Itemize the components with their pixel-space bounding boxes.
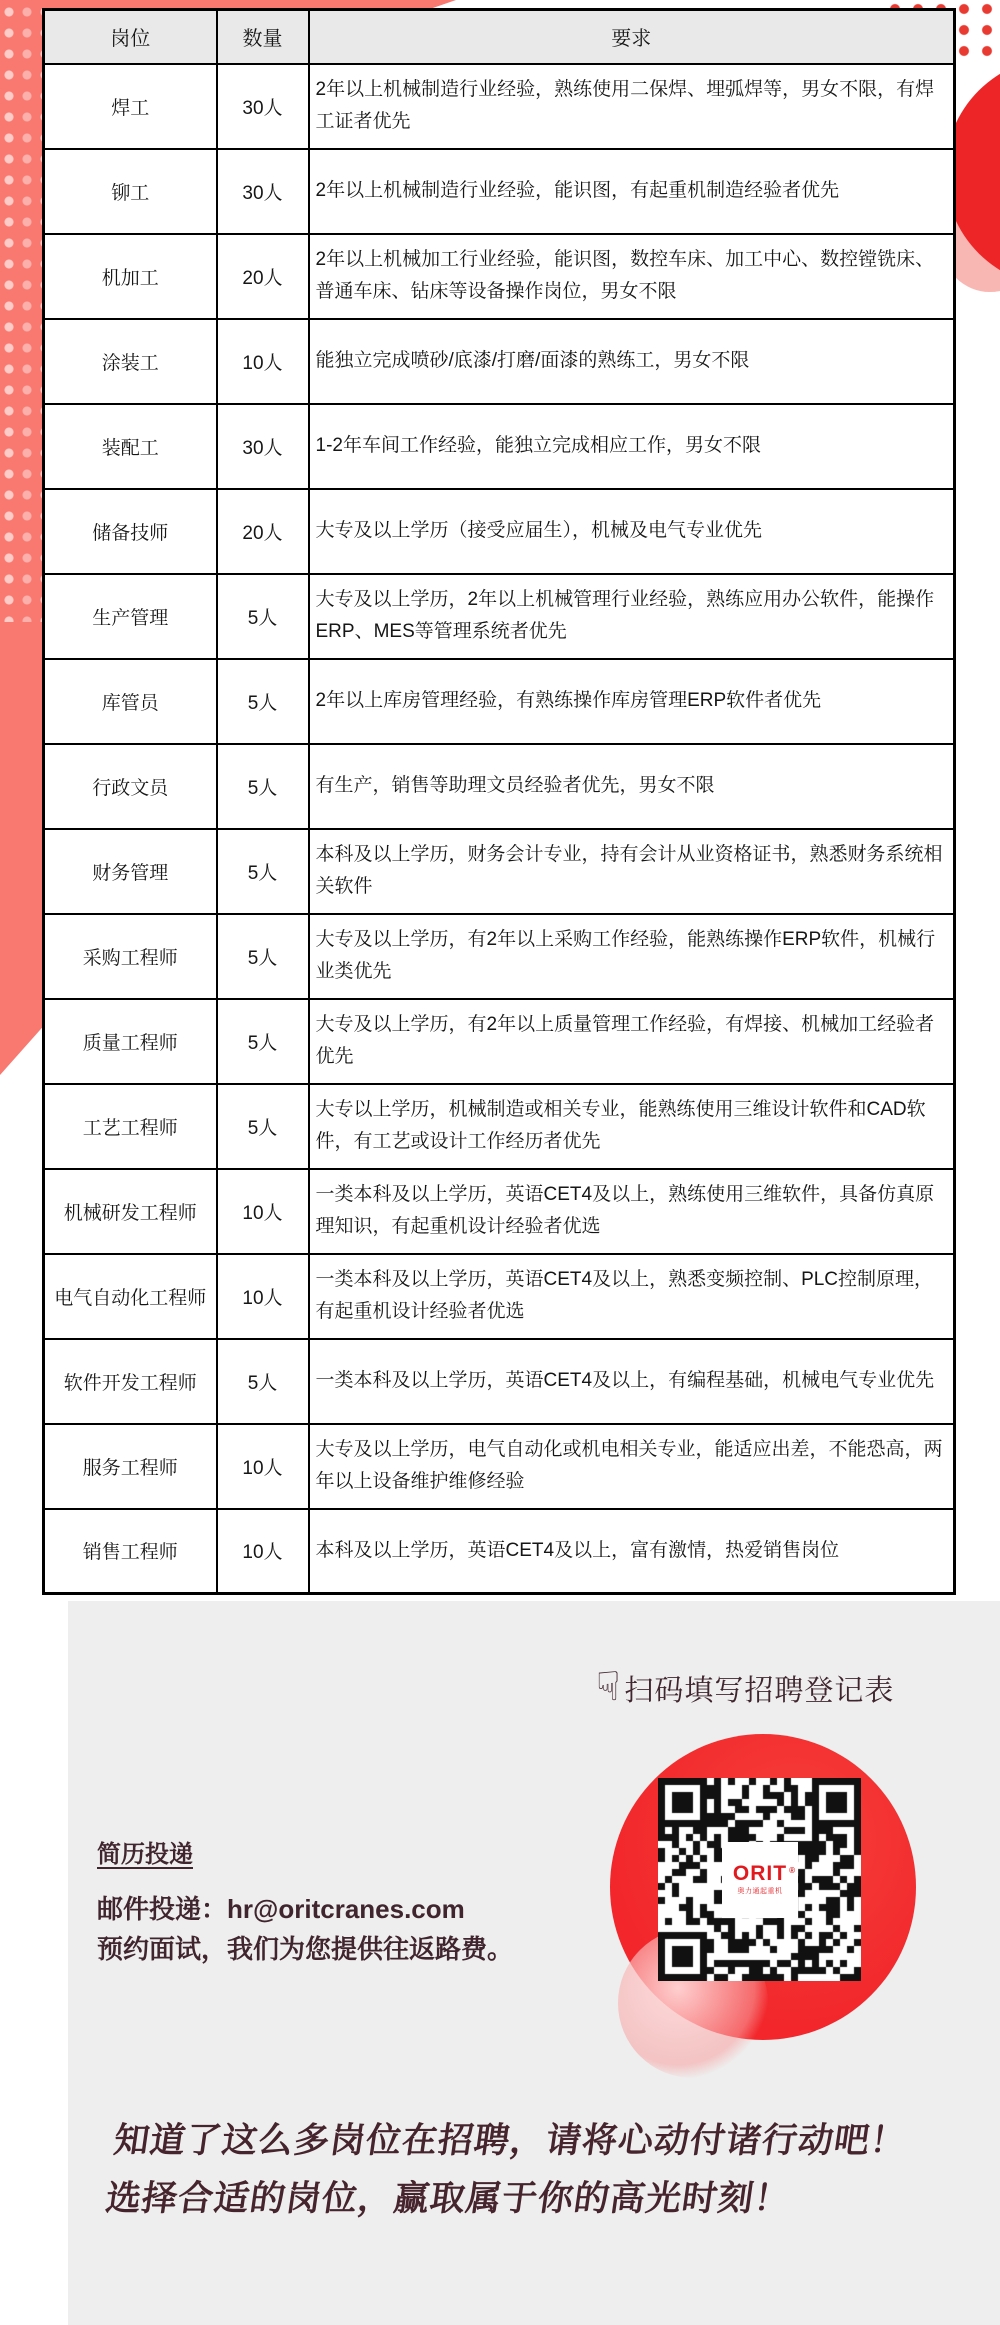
scan-prompt: ☟ 扫码填写招聘登记表 [596, 1668, 894, 1709]
job-requirement: 本科及以上学历，英语CET4及以上，富有激情，热爱销售岗位 [309, 1509, 955, 1594]
job-position: 工艺工程师 [44, 1084, 217, 1169]
job-count: 20人 [217, 489, 309, 574]
job-requirement: 2年以上机械制造行业经验，熟练使用二保焊、埋弧焊等，男女不限，有焊工证者优先 [309, 64, 955, 149]
pointing-hand-icon: ☟ [596, 1667, 620, 1707]
table-row: 铆工30人2年以上机械制造行业经验，能识图，有起重机制造经验者优先 [44, 149, 955, 234]
job-count: 10人 [217, 1509, 309, 1594]
recruitment-poster: 岗位 数量 要求 焊工30人2年以上机械制造行业经验，熟练使用二保焊、埋弧焊等，… [0, 0, 1000, 2325]
job-count: 5人 [217, 1084, 309, 1169]
job-position: 涂装工 [44, 319, 217, 404]
jobs-table: 岗位 数量 要求 焊工30人2年以上机械制造行业经验，熟练使用二保焊、埋弧焊等，… [42, 8, 956, 1595]
job-position: 装配工 [44, 404, 217, 489]
job-position: 软件开发工程师 [44, 1339, 217, 1424]
job-count: 5人 [217, 659, 309, 744]
table-row: 焊工30人2年以上机械制造行业经验，熟练使用二保焊、埋弧焊等，男女不限，有焊工证… [44, 64, 955, 149]
job-position: 生产管理 [44, 574, 217, 659]
job-count: 30人 [217, 64, 309, 149]
job-count: 5人 [217, 574, 309, 659]
job-position: 储备技师 [44, 489, 217, 574]
orit-logo-subtext: 奥力通起重机 [738, 1886, 783, 1896]
job-position: 行政文员 [44, 744, 217, 829]
job-requirement: 2年以上库房管理经验，有熟练操作库房管理ERP软件者优先 [309, 659, 955, 744]
job-requirement: 一类本科及以上学历，英语CET4及以上，有编程基础，机械电气专业优先 [309, 1339, 955, 1424]
job-position: 机械研发工程师 [44, 1169, 217, 1254]
job-requirement: 2年以上机械加工行业经验，能识图，数控车床、加工中心、数控镗铣床、普通车床、钻床… [309, 234, 955, 319]
table-row: 涂装工10人能独立完成喷砂/底漆/打磨/面漆的熟练工，男女不限 [44, 319, 955, 404]
table-row: 装配工30人1-2年车间工作经验，能独立完成相应工作，男女不限 [44, 404, 955, 489]
job-position: 铆工 [44, 149, 217, 234]
table-row: 行政文员5人有生产，销售等助理文员经验者优先，男女不限 [44, 744, 955, 829]
job-requirement: 有生产，销售等助理文员经验者优先，男女不限 [309, 744, 955, 829]
table-row: 采购工程师5人大专及以上学历，有2年以上采购工作经验，能熟练操作ERP软件，机械… [44, 914, 955, 999]
table-row: 生产管理5人大专及以上学历，2年以上机械管理行业经验，熟练应用办公软件，能操作E… [44, 574, 955, 659]
job-requirement: 能独立完成喷砂/底漆/打磨/面漆的熟练工，男女不限 [309, 319, 955, 404]
table-row: 软件开发工程师5人一类本科及以上学历，英语CET4及以上，有编程基础，机械电气专… [44, 1339, 955, 1424]
job-position: 焊工 [44, 64, 217, 149]
footer-slogan: 知道了这么多岗位在招聘，请将心动付诸行动吧！ 选择合适的岗位，赢取属于你的高光时… [102, 2112, 910, 2228]
table-row: 销售工程师10人本科及以上学历，英语CET4及以上，富有激情，热爱销售岗位 [44, 1509, 955, 1594]
job-requirement: 一类本科及以上学历，英语CET4及以上，熟悉变频控制、PLC控制原理，有起重机设… [309, 1254, 955, 1339]
orit-logo-text: ORIT® [733, 1864, 787, 1884]
table-row: 电气自动化工程师10人一类本科及以上学历，英语CET4及以上，熟悉变频控制、PL… [44, 1254, 955, 1339]
table-row: 财务管理5人本科及以上学历，财务会计专业，持有会计从业资格证书，熟悉财务系统相关… [44, 829, 955, 914]
job-requirement: 大专及以上学历（接受应届生），机械及电气专业优先 [309, 489, 955, 574]
email-line[interactable]: 邮件投递：hr@oritcranes.com [97, 1889, 513, 1929]
job-position: 采购工程师 [44, 914, 217, 999]
table-row: 服务工程师10人大专及以上学历，电气自动化或机电相关专业，能适应出差，不能恐高，… [44, 1424, 955, 1509]
job-requirement: 一类本科及以上学历，英语CET4及以上，熟练使用三维软件，具备仿真原理知识，有起… [309, 1169, 955, 1254]
resume-delivery-title: 简历投递 [97, 1834, 513, 1869]
job-requirement: 2年以上机械制造行业经验，能识图，有起重机制造经验者优先 [309, 149, 955, 234]
job-position: 库管员 [44, 659, 217, 744]
job-requirement: 大专及以上学历，2年以上机械管理行业经验，熟练应用办公软件，能操作ERP、MES… [309, 574, 955, 659]
footer-line-2: 选择合适的岗位，赢取属于你的高光时刻！ [102, 2170, 902, 2228]
qr-center-logo: ORIT® 奥力通起重机 [722, 1842, 798, 1918]
table-row: 储备技师20人大专及以上学历（接受应届生），机械及电气专业优先 [44, 489, 955, 574]
interview-note-line: 预约面试，我们为您提供往返路费。 [97, 1929, 513, 1969]
job-requirement: 大专及以上学历，有2年以上采购工作经验，能熟练操作ERP软件，机械行业类优先 [309, 914, 955, 999]
registered-mark: ® [789, 1861, 796, 1881]
table-row: 机加工20人2年以上机械加工行业经验，能识图，数控车床、加工中心、数控镗铣床、普… [44, 234, 955, 319]
job-position: 财务管理 [44, 829, 217, 914]
job-count: 30人 [217, 404, 309, 489]
job-requirement: 大专及以上学历，电气自动化或机电相关专业，能适应出差，不能恐高，两年以上设备维护… [309, 1424, 955, 1509]
job-count: 30人 [217, 149, 309, 234]
job-count: 5人 [217, 829, 309, 914]
job-count: 5人 [217, 914, 309, 999]
scan-label: 扫码填写招聘登记表 [624, 1668, 894, 1709]
contact-block: 简历投递 邮件投递：hr@oritcranes.com 预约面试，我们为您提供往… [97, 1834, 513, 1969]
job-count: 10人 [217, 1254, 309, 1339]
job-count: 5人 [217, 999, 309, 1084]
job-position: 服务工程师 [44, 1424, 217, 1509]
job-position: 质量工程师 [44, 999, 217, 1084]
job-count: 20人 [217, 234, 309, 319]
table-row: 工艺工程师5人大专以上学历，机械制造或相关专业，能熟练使用三维设计软件和CAD软… [44, 1084, 955, 1169]
job-position: 电气自动化工程师 [44, 1254, 217, 1339]
header-position: 岗位 [44, 10, 217, 64]
left-ribbon-dots-pattern [0, 2, 42, 622]
job-requirement: 大专及以上学历，有2年以上质量管理工作经验，有焊接、机械加工经验者优先 [309, 999, 955, 1084]
job-requirement: 大专以上学历，机械制造或相关专业，能熟练使用三维设计软件和CAD软件，有工艺或设… [309, 1084, 955, 1169]
job-count: 5人 [217, 744, 309, 829]
table-row: 机械研发工程师10人一类本科及以上学历，英语CET4及以上，熟练使用三维软件，具… [44, 1169, 955, 1254]
footer-line-1: 知道了这么多岗位在招聘，请将心动付诸行动吧！ [110, 2112, 910, 2170]
job-requirement: 1-2年车间工作经验，能独立完成相应工作，男女不限 [309, 404, 955, 489]
job-position: 机加工 [44, 234, 217, 319]
job-position: 销售工程师 [44, 1509, 217, 1594]
job-count: 10人 [217, 319, 309, 404]
job-requirement: 本科及以上学历，财务会计专业，持有会计从业资格证书，熟悉财务系统相关软件 [309, 829, 955, 914]
table-header-row: 岗位 数量 要求 [44, 10, 955, 64]
job-count: 5人 [217, 1339, 309, 1424]
table-row: 库管员5人2年以上库房管理经验，有熟练操作库房管理ERP软件者优先 [44, 659, 955, 744]
job-count: 10人 [217, 1169, 309, 1254]
job-count: 10人 [217, 1424, 309, 1509]
table-row: 质量工程师5人大专及以上学历，有2年以上质量管理工作经验，有焊接、机械加工经验者… [44, 999, 955, 1084]
header-count: 数量 [217, 10, 309, 64]
header-requirement: 要求 [309, 10, 955, 64]
